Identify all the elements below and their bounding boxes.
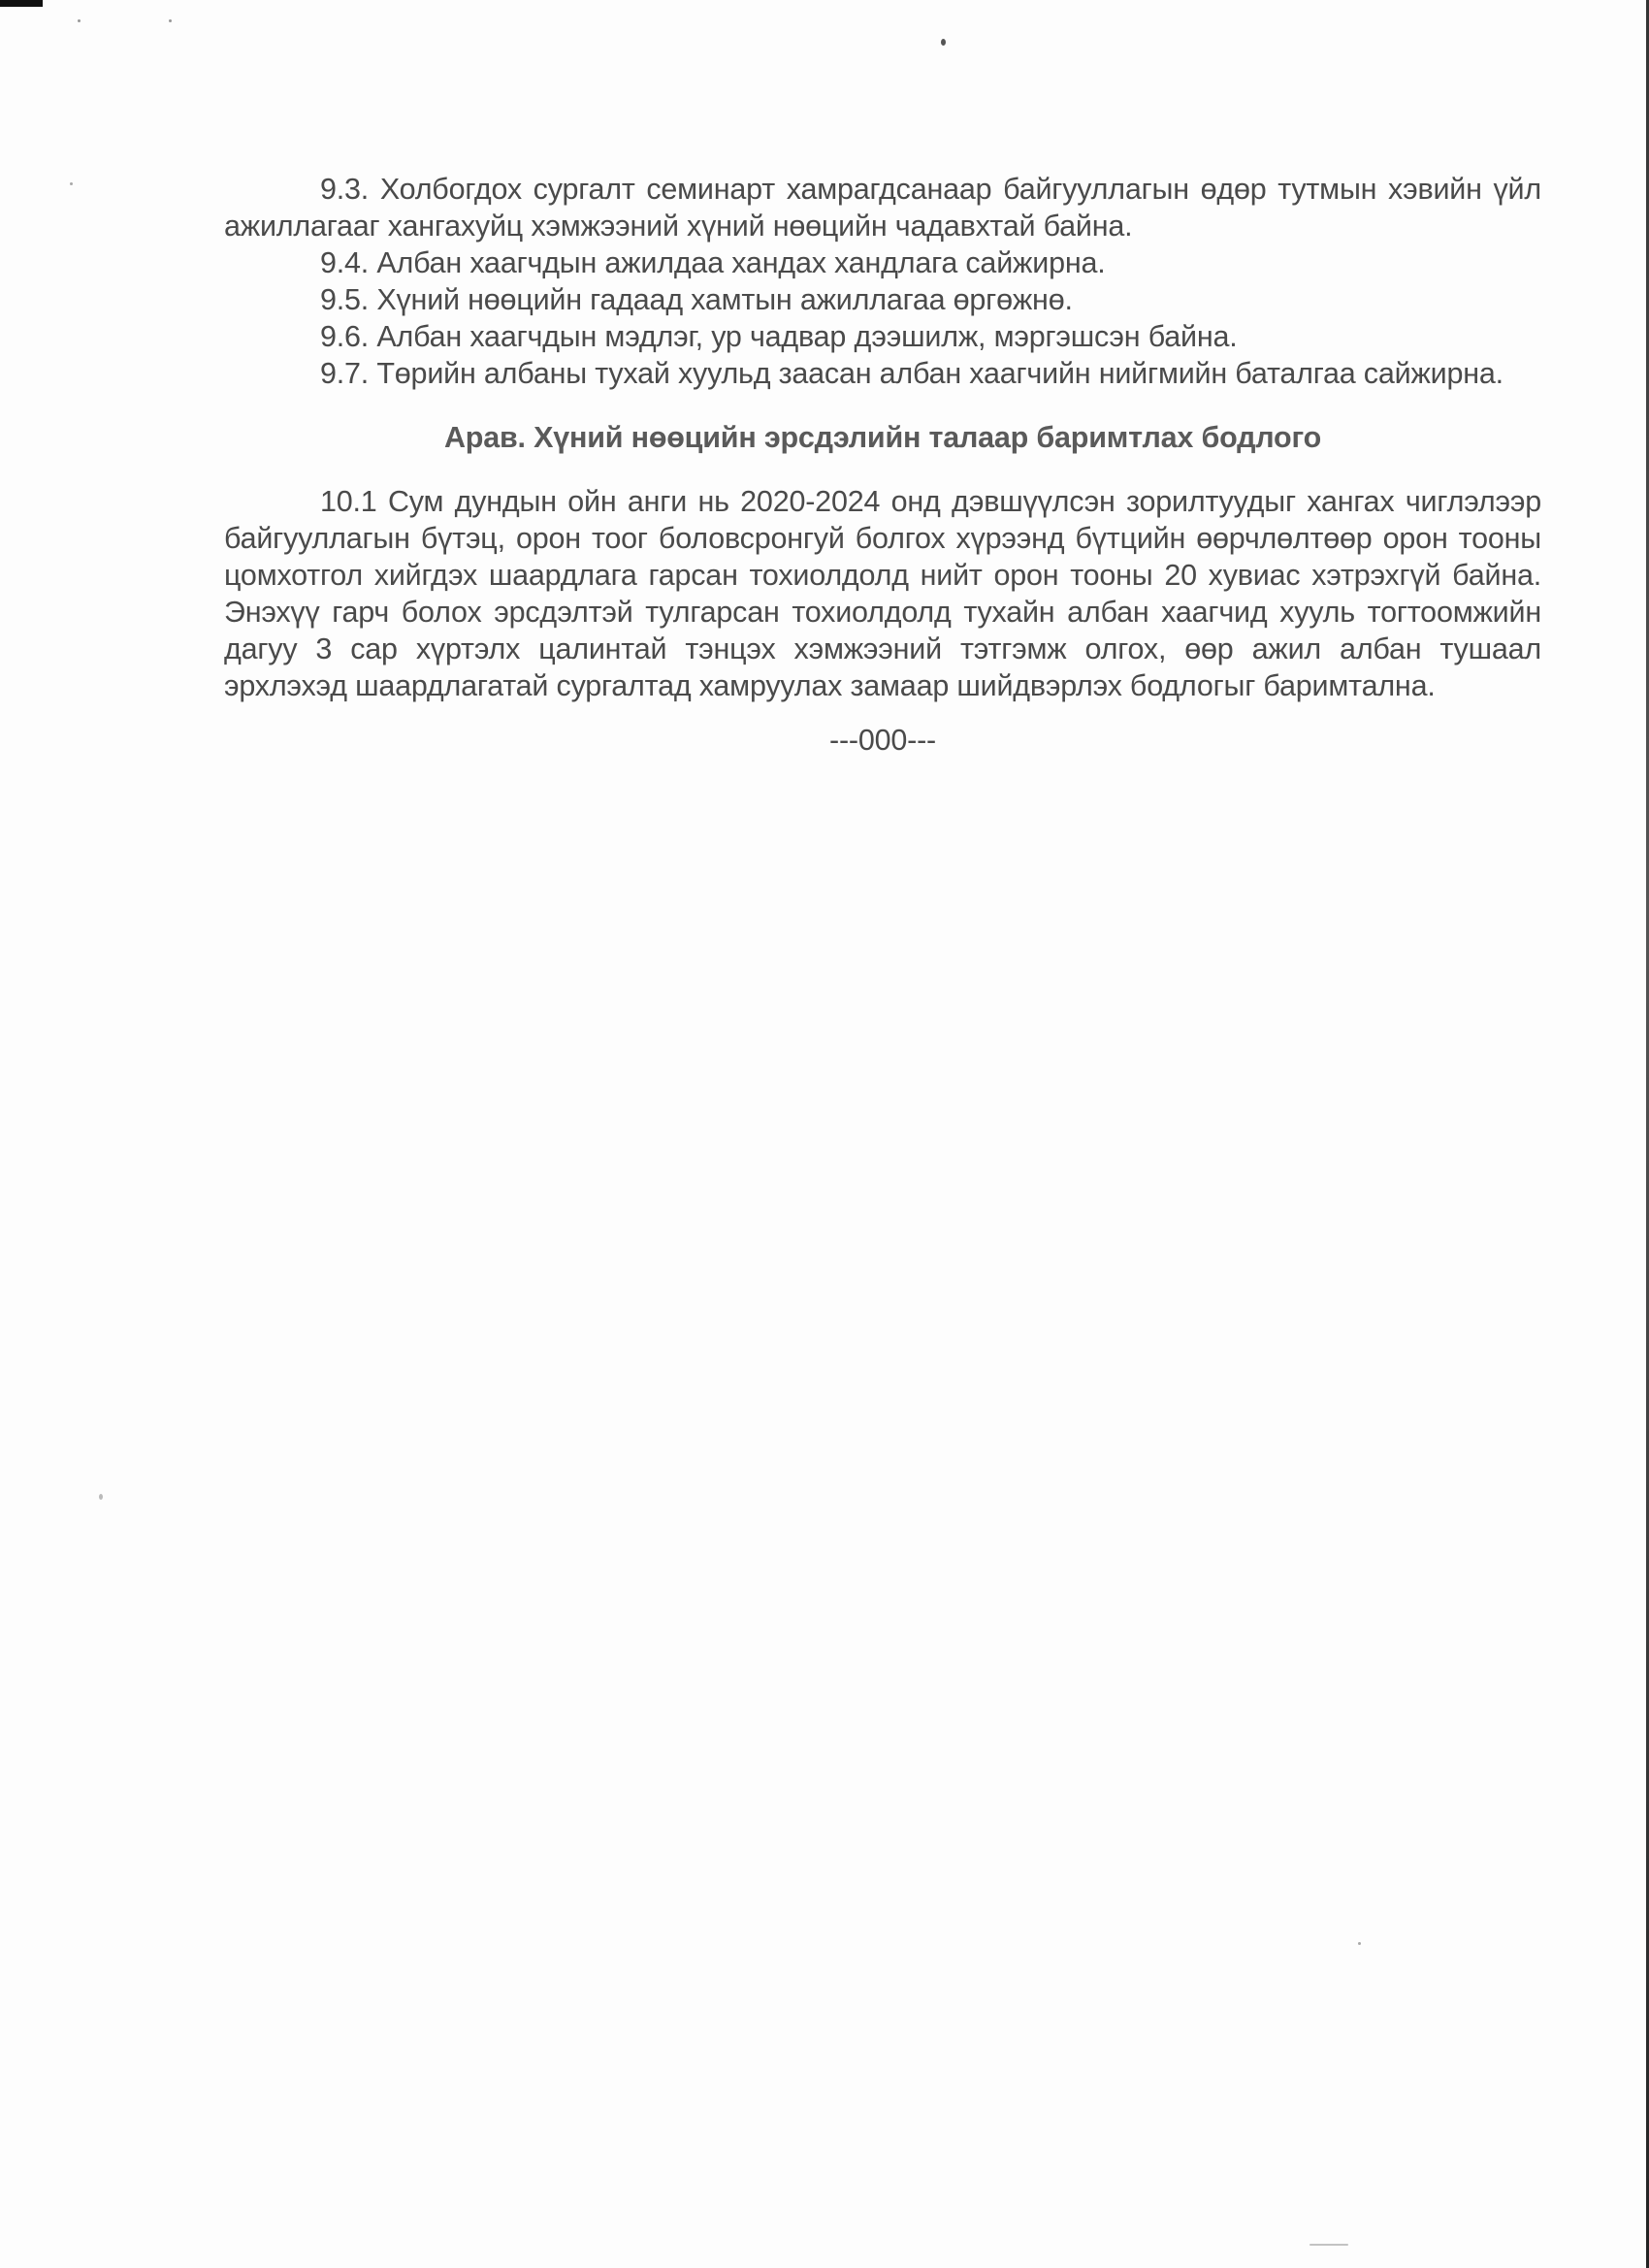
item-number: 9.3. [320,173,369,206]
scan-speck [78,19,81,22]
item-text: Албан хаагчдын мэдлэг, ур чадвар дээшилж… [376,320,1237,353]
list-item-9-7: 9.7. Төрийн албаны тухай хуульд заасан а… [224,355,1541,392]
document-page: 9.3. Холбогдох сургалт семинарт хамрагдс… [224,171,1541,759]
item-text: Албан хаагчдын ажилдаа хандах хандлага с… [376,246,1105,279]
scan-speck [169,19,172,22]
list-item-10-1: 10.1 Сум дундын ойн анги нь 2020-2024 он… [224,483,1541,704]
item-number: 10.1 [320,485,377,518]
section-heading: Арав. Хүний нөөцийн эрсдэлийн талаар бар… [224,419,1541,456]
scan-speck [99,1494,103,1500]
item-text: Сум дундын ойн анги нь 2020-2024 онд дэв… [224,485,1541,702]
list-item-9-3: 9.3. Холбогдох сургалт семинарт хамрагдс… [224,171,1541,244]
item-number: 9.5. [320,283,369,316]
item-text: Төрийн албаны тухай хуульд заасан албан … [376,357,1503,390]
list-item-9-4: 9.4. Албан хаагчдын ажилдаа хандах хандл… [224,244,1541,281]
item-text: Хүний нөөцийн гадаад хамтын ажиллагаа өр… [376,283,1072,316]
end-marker: ---000--- [224,722,1541,759]
list-item-9-5: 9.5. Хүний нөөцийн гадаад хамтын ажиллаг… [224,281,1541,318]
scan-speck [941,39,946,46]
scan-speck [70,182,73,185]
scan-speck [1309,2244,1348,2246]
item-number: 9.6. [320,320,369,353]
item-number: 9.4. [320,246,369,279]
item-text: Холбогдох сургалт семинарт хамрагдсанаар… [224,173,1541,243]
list-item-9-6: 9.6. Албан хаагчдын мэдлэг, ур чадвар дэ… [224,318,1541,355]
item-number: 9.7. [320,357,369,390]
scan-border-corner [0,0,43,7]
scan-speck [1358,1942,1361,1945]
